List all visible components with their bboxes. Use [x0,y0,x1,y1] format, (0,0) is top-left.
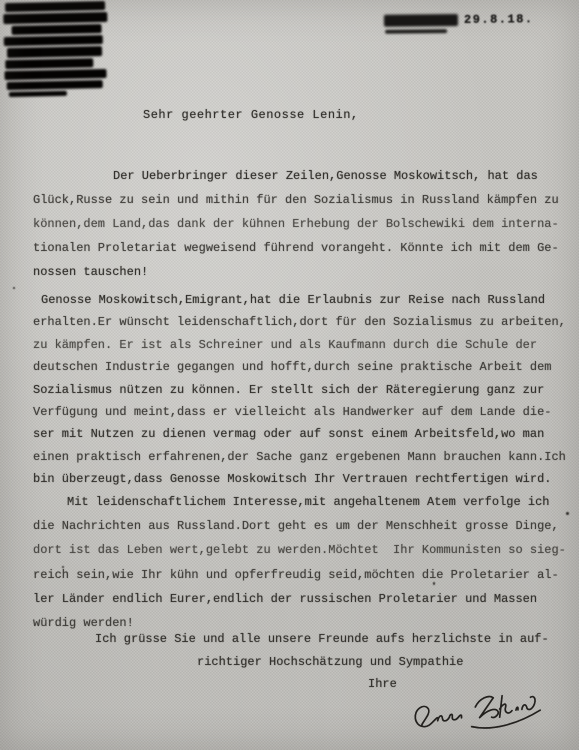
stamp-smudge-row [11,24,101,35]
stamp-subline-smudge [385,29,447,34]
scan-speck [13,287,15,289]
letter-page: 29.8.18. Sehr geehrter Genosse Lenin, De… [0,0,579,750]
place-name-smudge [384,14,458,27]
stamp-smudge-row [4,35,103,46]
scan-speck [566,512,569,515]
text-line: tionalen Proletariat wegweisend führend … [33,236,579,260]
stamp-smudge-row [9,91,67,97]
text-line: einen praktisch erfahrenen,der Sache gan… [33,446,579,468]
text-line: nossen tauschen! [33,260,579,284]
paragraph-3: Mit leidenschaftlichem Interesse,mit ang… [33,490,579,635]
stamp-date: 29.8.18. [464,12,534,27]
text-line: ler Länder endlich Eurer,endlich der rus… [33,587,579,611]
text-line: dort ist das Leben wert,gelebt zu werden… [33,538,579,562]
paragraph-2: Genosse Moskowitsch,Emigrant,hat die Erl… [33,289,579,491]
paragraph-1: Der Ueberbringer dieser Zeilen,Genosse M… [33,164,579,284]
scan-speck [433,582,435,585]
text-line: Mit leidenschaftlichem Interesse,mit ang… [33,490,579,514]
date-stamp: 29.8.18. [384,12,534,34]
text-line: deutschen Industrie gegangen und hofft,d… [33,356,579,378]
stamp-smudge-row [4,69,106,80]
letterhead-ink-stamp [3,1,111,99]
text-line: zu kämpfen. Er ist als Schreiner und als… [33,334,579,356]
signature-clara-zetkin [403,680,548,747]
stamp-smudge-row [7,80,103,90]
stamp-smudge-row [5,1,105,12]
scan-speck [62,566,64,568]
text-line: Sozialismus nützen zu können. Er stellt … [33,379,579,401]
text-line: Genosse Moskowitsch,Emigrant,hat die Erl… [33,289,579,311]
text-line: Verfügung und meint,dass er vielleicht a… [33,401,579,423]
stamp-smudge-row [5,58,93,69]
text-line: bin überzeugt,dass Genosse Moskowitsch I… [33,468,579,490]
text-line: ser mit Nutzen zu dienen vermag oder auf… [33,423,579,445]
text-line: reich sein,wie Ihr kühn und opferfreudig… [33,563,579,587]
salutation: Sehr geehrter Genosse Lenin, [143,108,359,122]
stamp-smudge-row [7,46,102,58]
closing-line: Ich grüsse Sie und alle unsere Freunde a… [95,632,549,646]
text-line: Der Ueberbringer dieser Zeilen,Genosse M… [33,164,579,188]
stamp-smudge-row [3,12,107,24]
closing-line: Ihre [368,677,397,691]
signature-scrawl [403,680,548,747]
text-line: können,dem Land,das dank der kühnen Erhe… [33,212,579,236]
closing-line: richtiger Hochschätzung und Sympathie [197,655,463,669]
text-line: erhalten.Er wünscht leidenschaftlich,dor… [33,311,579,333]
text-line: Glück,Russe zu sein und mithin für den S… [33,188,579,212]
text-line: die Nachrichten aus Russland.Dort geht e… [33,514,579,538]
